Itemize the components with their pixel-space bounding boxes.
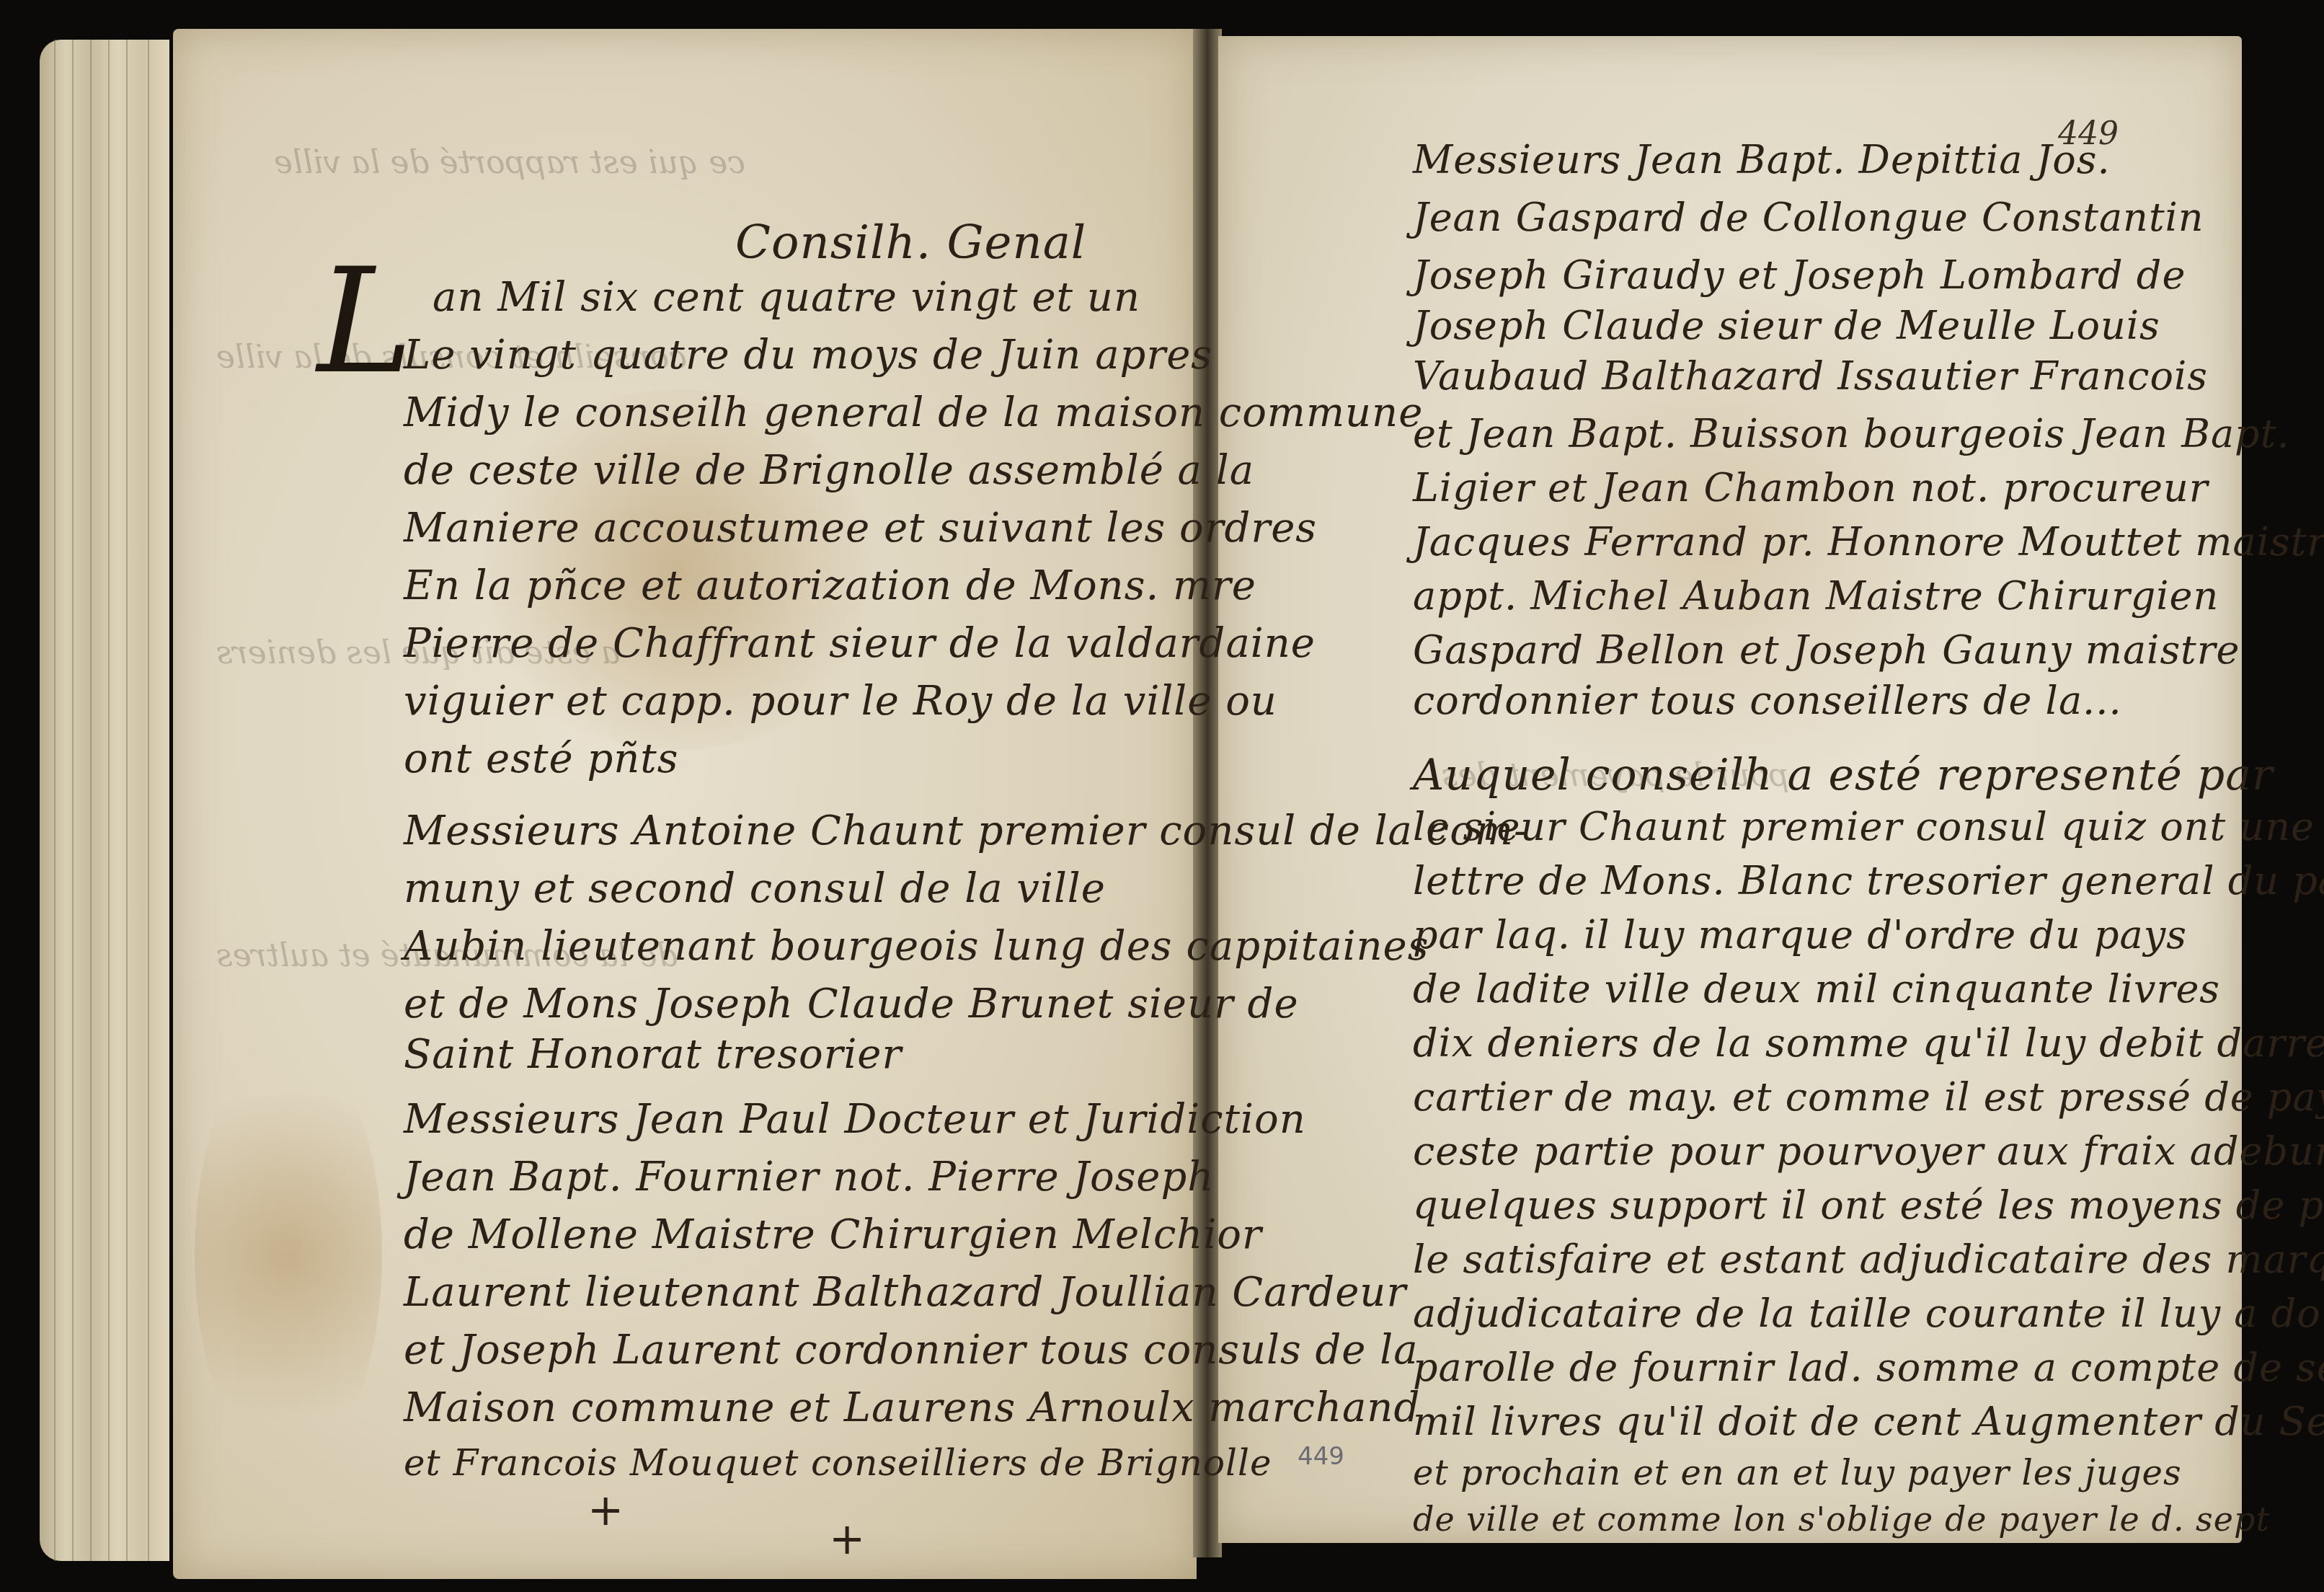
manuscript-line: Gaspard Bellon et Joseph Gauny maistre bbox=[1413, 627, 2240, 673]
manuscript-line: Jean Bapt. Fournier not. Pierre Joseph bbox=[404, 1154, 1214, 1200]
manuscript-line: En la pñce et autorization de Mons. mre bbox=[404, 562, 1256, 609]
manuscript-line: Jacques Ferrand pr. Honnore Mouttet mais… bbox=[1413, 519, 2324, 565]
page-edge-line bbox=[108, 40, 110, 1561]
manuscript-line: Joseph Claude sieur de Meulle Louis bbox=[1413, 303, 2160, 348]
manuscript-line: Le vingt quatre du moys de Juin apres bbox=[404, 332, 1212, 379]
manuscript-line: Jean Gaspard de Collongue Constantin bbox=[1413, 195, 2204, 240]
manuscript-line: an Mil six cent quatre vingt et un bbox=[433, 274, 1140, 321]
manuscript-line: Maniere accoustumee et suivant les ordre… bbox=[404, 505, 1317, 552]
manuscript-line: Messieurs Antoine Chaunt premier consul … bbox=[404, 808, 1528, 854]
manuscript-line: et Joseph Laurent cordonnier tous consul… bbox=[404, 1327, 1419, 1374]
manuscript-line: Messieurs Jean Bapt. Depittia Jos. bbox=[1413, 137, 2111, 182]
manuscript-line: et Jean Bapt. Buisson bourgeois Jean Bap… bbox=[1413, 411, 2290, 456]
manuscript-line: le sieur Chaunt premier consul quiz ont … bbox=[1413, 804, 2315, 849]
section-heading: Consilh. Genal bbox=[735, 216, 1086, 270]
decorated-initial: L bbox=[317, 238, 413, 406]
manuscript-line: dix deniers de la somme qu'il luy debit … bbox=[1413, 1020, 2324, 1066]
manuscript-line: viguier et capp. pour le Roy de la ville… bbox=[404, 678, 1277, 725]
manuscript-line: Ligier et Jean Chambon not. procureur bbox=[1413, 465, 2209, 510]
manuscript-line: quelques support il ont esté les moyens … bbox=[1413, 1182, 2324, 1228]
page-stack-edge bbox=[40, 40, 169, 1561]
water-stain bbox=[195, 1038, 382, 1471]
manuscript-line: lettre de Mons. Blanc tresorier general … bbox=[1413, 858, 2324, 903]
manuscript-line: de ville et comme lon s'oblige de payer … bbox=[1413, 1500, 2270, 1539]
manuscript-line: le satisfaire et estant adjudicataire de… bbox=[1413, 1237, 2324, 1282]
manuscript-line: mil livres qu'il doit de cent Augmenter … bbox=[1413, 1399, 2324, 1444]
manuscript-line: cordonnier tous conseillers de la... bbox=[1413, 678, 2122, 723]
manuscript-line: Maison commune et Laurens Arnoulx marcha… bbox=[404, 1384, 1420, 1431]
manuscript-line: ont esté pñts bbox=[404, 735, 679, 782]
manuscript-line: Aubin lieutenant bourgeois lung des capp… bbox=[404, 923, 1429, 970]
manuscript-line: de ladite ville deux mil cinquante livre… bbox=[1413, 966, 2220, 1012]
signature-cross-mark: + bbox=[829, 1514, 865, 1565]
manuscript-line: ceste partie pour pourvoyer aux fraix ad… bbox=[1413, 1128, 2324, 1174]
manuscript-line: et Francois Mouquet conseilliers de Brig… bbox=[404, 1442, 1272, 1484]
manuscript-line: Joseph Giraudy et Joseph Lombard de bbox=[1413, 252, 2186, 298]
manuscript-line: appt. Michel Auban Maistre Chirurgien bbox=[1413, 573, 2219, 619]
manuscript-line: muny et second consul de la ville bbox=[404, 865, 1106, 912]
page-edge-line bbox=[72, 40, 74, 1561]
manuscript-line: Vaubaud Balthazard Issautier Francois bbox=[1413, 353, 2208, 399]
manuscript-line: et prochain et en an et luy payer les ju… bbox=[1413, 1453, 2182, 1493]
manuscript-line: par laq. il luy marque d'ordre du pays bbox=[1413, 912, 2187, 958]
page-edge-line bbox=[148, 40, 149, 1561]
manuscript-line: cartier de may. et comme il est pressé d… bbox=[1413, 1074, 2324, 1120]
manuscript-line: Saint Honorat tresorier bbox=[404, 1031, 902, 1078]
page-edge-line bbox=[54, 40, 56, 1561]
page-edge-line bbox=[90, 40, 92, 1561]
manuscript-line: Messieurs Jean Paul Docteur et Juridicti… bbox=[404, 1096, 1306, 1143]
manuscript-line: de ceste ville de Brignolle assemblé a l… bbox=[404, 447, 1254, 494]
manuscript-line: Pierre de Chaffrant sieur de la valdarda… bbox=[404, 620, 1316, 667]
manuscript-line: Laurent lieutenant Balthazard Joullian C… bbox=[404, 1269, 1406, 1316]
manuscript-line: Auquel conseilh a esté representé par bbox=[1413, 750, 2274, 800]
pencil-annotation: 449 bbox=[1298, 1442, 1344, 1471]
signature-cross-mark: + bbox=[587, 1485, 624, 1536]
manuscript-line: adjudicataire de la taille courante il l… bbox=[1413, 1291, 2324, 1336]
bleed-through-text: ce qui est rapporté de la ville bbox=[274, 144, 745, 181]
manuscript-line: et de Mons Joseph Claude Brunet sieur de bbox=[404, 981, 1299, 1027]
page-edge-line bbox=[126, 40, 128, 1561]
manuscript-line: de Mollene Maistre Chirurgien Melchior bbox=[404, 1211, 1262, 1258]
manuscript-line: parolle de fournir lad. somme a compte d… bbox=[1413, 1345, 2324, 1390]
manuscript-line: Midy le conseilh general de la maison co… bbox=[404, 389, 1423, 436]
